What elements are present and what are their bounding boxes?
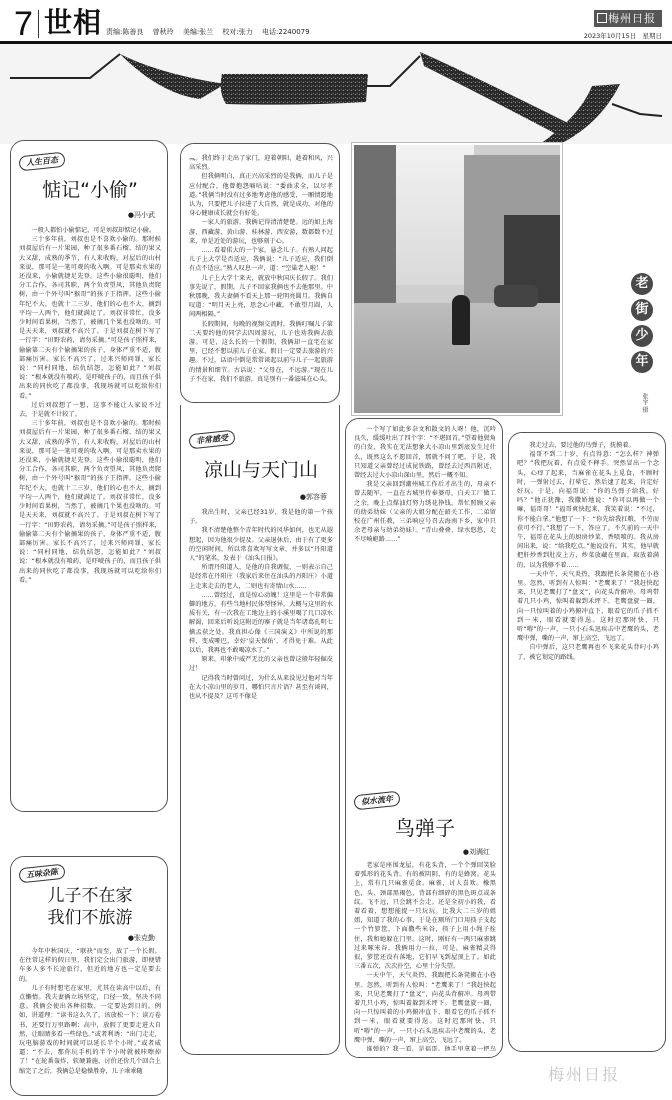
photo-cyclist [452, 295, 470, 345]
newspaper-logo: 梅州日报 [594, 10, 662, 27]
paragraph: 我是父亲回到潮州城工作后才出生的，母亲不曾去随军，一直在古城里侍奉婆母，白天工厂… [354, 480, 496, 544]
paragraph: 一家人的旅游，我俩记得清清楚楚。远的如上海游、西藏游、黄山游、桂林游、西安游，数… [189, 218, 333, 246]
credit-editor-2: 曾秋玲 [153, 28, 174, 36]
article-body: 今年中秋国庆，“联袂”而至，放了一个长假。在往常这样的假日里，我们定会出门旅游，… [19, 947, 161, 1076]
article-title-line-1: 儿子不在家 [19, 885, 161, 907]
paragraph: 但我俩明白，真正兴高采烈的是我俩，而儿子是应付配合，他曾抱怨嘀咕说：“委曲求全，… [189, 172, 333, 218]
paragraph: 长假期间，每晚的视频交流时，我俩叮嘱儿子第二天要约他的同学去四周游玩，儿子也劝我… [189, 320, 333, 384]
title-char: 老 [631, 273, 653, 295]
article-body: 一般人都怕小偷惦记，可是刘叔却惦记小偷。 三十多年前，刘叔也是不喜欢小偷的。那时… [19, 226, 161, 585]
paragraph: 记得我当时曾问过，为什么从来没见过他对当年在大小凉山里的岁月，哪怕只言片语？甚至… [189, 674, 333, 702]
issue-date: 2023年10月15日 星期日 [584, 31, 662, 40]
paragraph: 我走过去，要过他的鸟弹子，抚摸着。 [517, 441, 659, 450]
article-title: 凉山与天门山 [189, 455, 333, 482]
paragraph: 三十多年前，刘叔也是不喜欢小偷的。那时候刘叔屋后有一片果园，种了很多番石榴。结的… [19, 235, 161, 401]
article-liangshan: 非常感受 凉山与天门山 ●郭容蓉 我出生时，父亲已经31岁，我是他的第一个孩子。… [180, 405, 340, 1055]
article-body: 城。我们终于走出了家门，迎着朝阳，趁着和风，兴高采烈。 但我俩明白，真正兴高采烈… [181, 144, 339, 384]
title-char: 年 [631, 351, 653, 373]
photo-column-title: 老 街 少 年 [631, 273, 655, 377]
article-author: ●张克勤 [19, 933, 161, 943]
masthead: 7 世相 责编:陈善良 曾秋玲 美编:张兰 校对:张力 电话:2240079 梅… [0, 0, 672, 42]
article-title: 惦记“小偷” [19, 175, 161, 202]
title-char: 街 [631, 299, 653, 321]
paragraph: 一个写了如此多杂文和散文的人呀！他，沉吟良久，缓缓吐出了四个字：“不堪回首。”望… [354, 425, 496, 480]
article-body-top: 一个写了如此多杂文和散文的人呀！他，沉吟良久，缓缓吐出了四个字：“不堪回首。”望… [354, 425, 496, 787]
paragraph: 一天中午，天气炎热，我跟把长条凳搬在小巷里。忽然，听到有人惊叫：“老鹰来了！”我… [354, 971, 496, 1045]
rooftop-decoration [0, 44, 672, 144]
masthead-divider [38, 10, 39, 38]
paragraph: 老家是座围龙屋，有花头背，一个个弹回笑脸着弧形的花头背。有的被阴阴，有的是蜂窝。… [354, 861, 496, 971]
newspaper-name: 梅州日报 [608, 12, 656, 25]
paragraph: 儿子上大学十来天，就放中秋国庆长假了。我们事先说了，假期，儿子不回家我俩也不去他… [189, 274, 333, 320]
photo-sky [394, 145, 474, 285]
article-body: 老家是座围龙屋，有花头背，一个个弹回笑脸着弧形的花头背。有的被阴阴，有的是蜂窝。… [354, 861, 496, 1051]
column-tag: 人生百态 [18, 152, 65, 172]
article-author: ●冯小武 [19, 210, 161, 220]
paragraph: 所谓丹阳道人，是他的自我调侃，一则表示自己是经常在丹阳庄（我家后来住在汕头的丹阳… [189, 563, 333, 591]
article-xiaotou: 人生百态 惦记“小偷” ●冯小武 一般人都怕小偷惦记，可是刘叔却惦记小偷。 三十… [10, 140, 168, 812]
newspaper-watermark: 梅州日报 [548, 1062, 620, 1085]
editorial-credits: 责编:陈善良 曾秋玲 美编:张兰 校对:张力 电话:2240079 [106, 27, 317, 37]
paragraph: 谁弹的？我一看，是福哥。他手里拿着一把鸟弹子，嘴里有点得意地向飞走的“逃犯”哼哈… [354, 1045, 496, 1051]
article-author: ●郭容蓉 [189, 492, 333, 502]
weekday: 星期日 [643, 32, 663, 40]
paragraph: 过后刘叔想了一想，这事不能让人家说不过去，于是就不计较了。 [19, 401, 161, 419]
paragraph: 我不清楚他整个青年时代的风华如何，也无从遐想起，因为他很少提及。父亲退休后，由于… [189, 526, 333, 563]
paragraph: ……看着偌大的一个家，悬念儿子。有熟人问起儿子上大学是否适应，我俩说：“儿子适应… [189, 246, 333, 274]
paragraph: 今年中秋国庆，“联袂”而至，放了一个长假。在往常这样的假日里，我们定会出门旅游，… [19, 947, 161, 984]
article-body: 我出生时，父亲已经31岁，我是他的第一个孩子。 我不清楚他整个青年时代的风华如何… [189, 508, 333, 701]
paragraph: 儿子有时想宅在家里，尤其在读高中以后，有点懒惰。我夫妻俩立场坚定，口径一致，坚决… [19, 984, 161, 1076]
article-niaodanzi-continued: 我走过去，要过他的鸟弹子，抚摸着。 福哥不到二十岁，有点得意：“怎么样？神弹吧？… [508, 432, 666, 1052]
column-tag: 似水流年 [353, 791, 400, 811]
photo-credit: 张宇 摄 [640, 393, 649, 413]
paragraph: 三十多年前，刘叔也是不喜欢小偷的。那时候刘叔屋后有一片果园，种了很多番石榴。结的… [19, 419, 161, 585]
article-author: ●刘满红 [354, 847, 496, 857]
article-niaodanzi: 一个写了如此多杂文和散文的人呀！他，沉吟良久，缓缓吐出了四个字：“不堪回首。”望… [345, 418, 503, 1058]
book-logo-icon [597, 13, 607, 23]
paragraph: 自中弹后，这只老鹰再也不飞来花头背叼小鸡了，被它划定的路线。 [517, 643, 659, 661]
paragraph: ……曾经过，真是惊心动魄！这里是一个非常偏僻的地方，有些当地村民体型怪异，大概与… [189, 591, 333, 655]
paragraph: 我出生时，父亲已经31岁，我是他的第一个孩子。 [189, 508, 333, 526]
article-body: 我走过去，要过他的鸟弹子，抚摸着。 福哥不到二十岁，有点得意：“怎么样？神弹吧？… [509, 433, 665, 662]
article-bulvyou: 五味杂陈 儿子不在家 我们不旅游 ●张克勤 今年中秋国庆，“联袂”而至，放了一个… [10, 856, 168, 1096]
article-title-line-2: 我们不旅游 [19, 907, 161, 929]
credit-editor: 责编:陈善良 [106, 28, 143, 36]
page-number: 7 [14, 6, 33, 42]
photo-building-left [354, 145, 396, 325]
paragraph: 一天中午，天气炎热，我跟把长条凳搬在小巷里。忽然，听到有人惊叫：“老鹰来了！”我… [517, 570, 659, 644]
date: 2023年10月15日 [584, 32, 637, 40]
section-title: 世相 [44, 7, 102, 39]
article-title: 鸟弹子 [354, 812, 496, 841]
street-photo [352, 143, 562, 415]
credit-art: 美编:张兰 [183, 28, 213, 36]
paragraph: 福哥不到二十岁，有点得意：“怎么样？神弹吧？”我把玩着，有点爱不释手。突然冒出一… [517, 450, 659, 570]
article-bulvyou-continued: 城。我们终于走出了家门，迎着朝阳，趁着和风，兴高采烈。 但我俩明白，真正兴高采烈… [180, 143, 340, 403]
photo-car [494, 285, 538, 307]
paragraph: 城。我们终于走出了家门，迎着朝阳，趁着和风，兴高采烈。 [189, 154, 333, 172]
paragraph: 一般人都怕小偷惦记，可是刘叔却惦记小偷。 [19, 226, 161, 235]
paragraph: 原来，印象中威严无比的父亲也曾这般年轻倔皮过！ [189, 655, 333, 673]
title-char: 少 [631, 325, 653, 347]
credit-phone: 电话:2240079 [262, 28, 310, 36]
column-tag: 五味杂陈 [18, 864, 65, 884]
column-tag: 非常感受 [188, 430, 235, 450]
credit-proof: 校对:张力 [222, 28, 252, 36]
